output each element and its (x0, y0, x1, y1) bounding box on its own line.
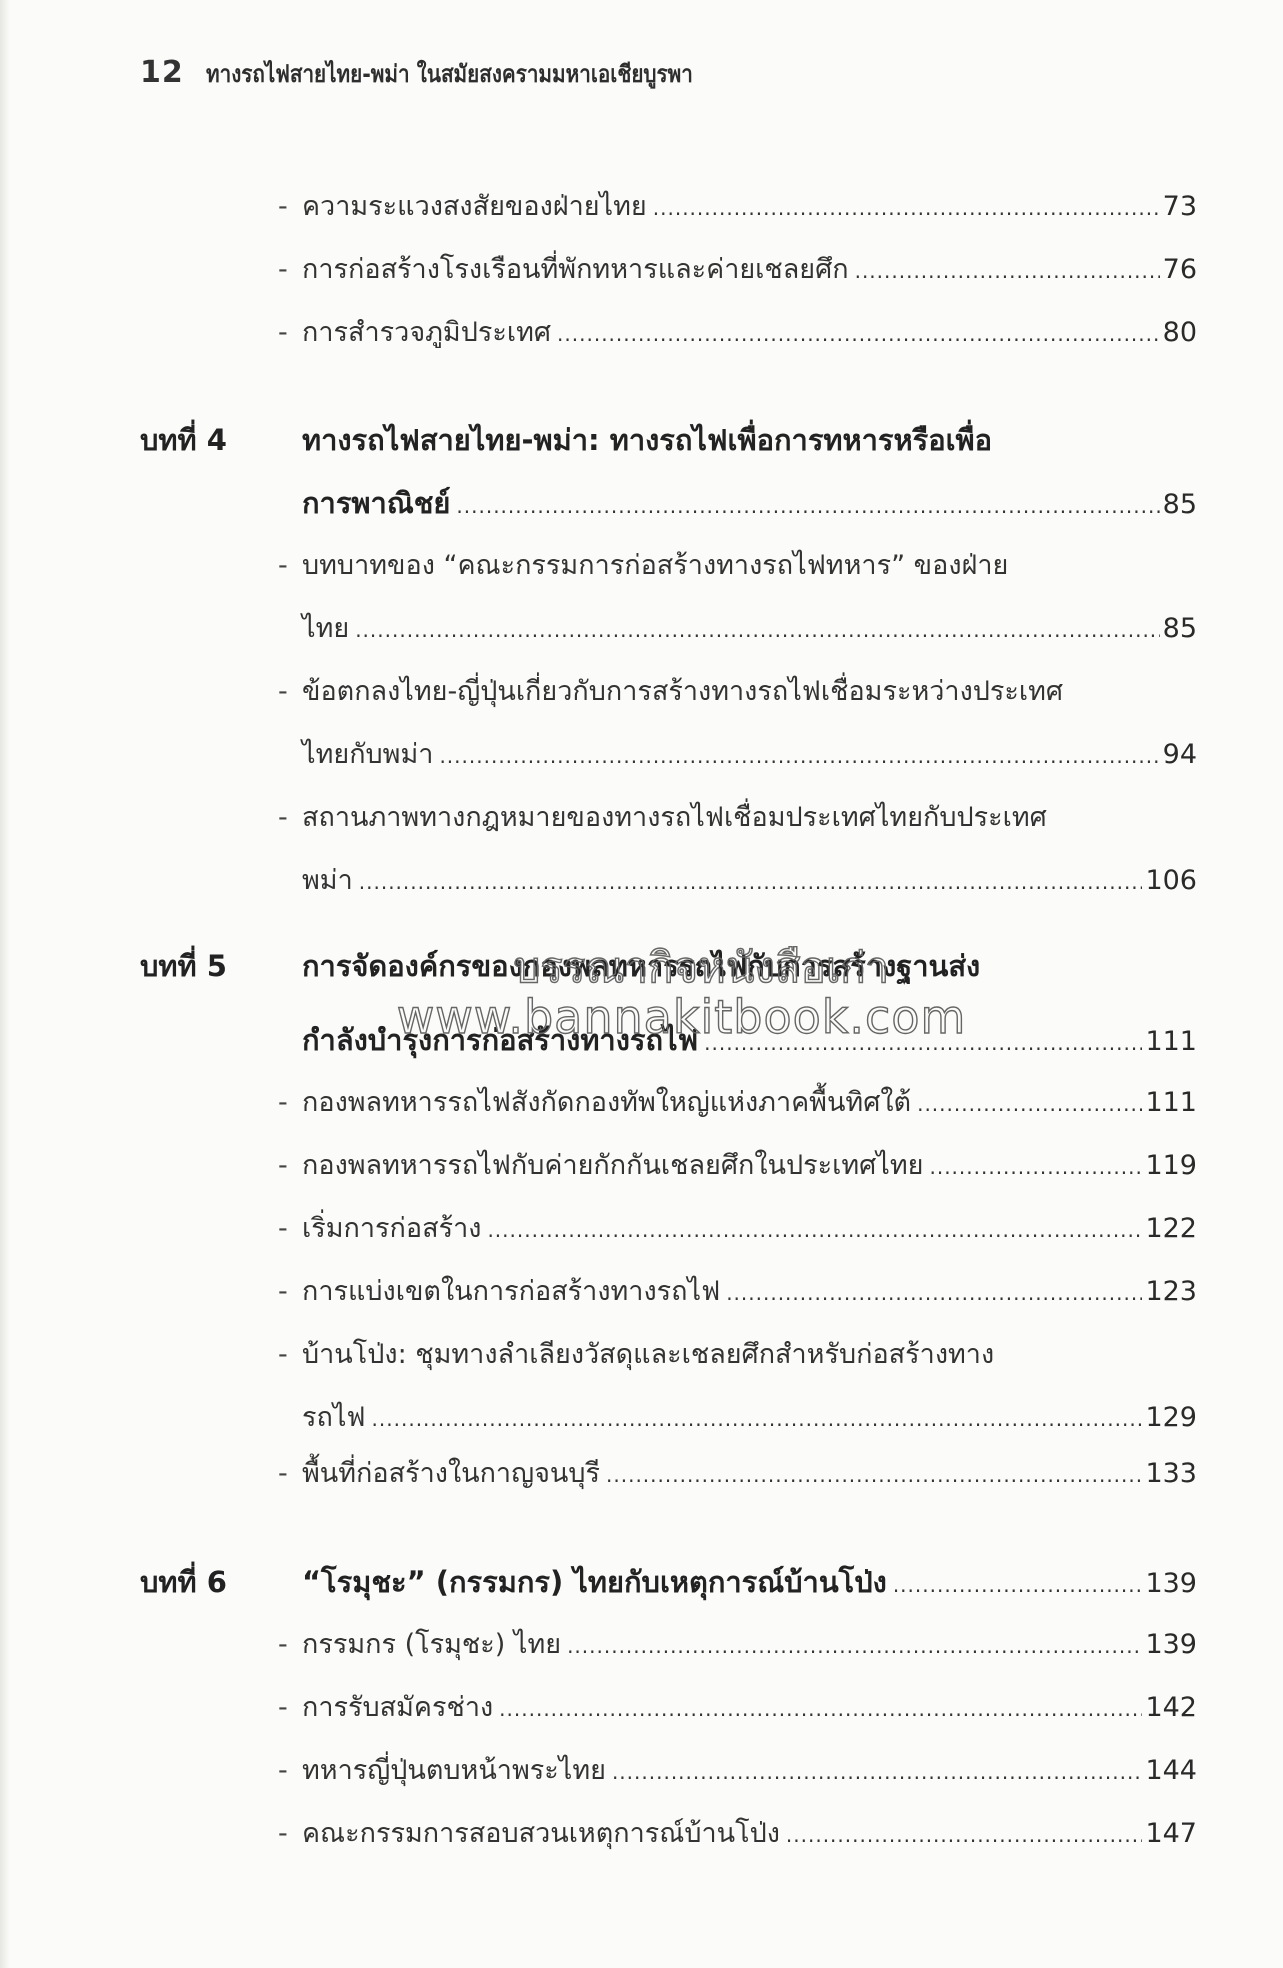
chapter-6-title: “โรมุชะ” (กรรมกร) ไทยกับเหตุการณ์บ้านโป่… (302, 1562, 1197, 1605)
toc-entry: - การแบ่งเขตในการก่อสร้างทางรถไฟ 123 (302, 1272, 1197, 1313)
entry-title: บทบาทของ “คณะกรรมการก่อสร้างทางรถไฟทหาร”… (302, 546, 1008, 586)
entry-title: การสำรวจภูมิประเทศ (302, 313, 551, 353)
toc-entry: - การรับสมัครช่าง 142 (302, 1688, 1197, 1729)
bullet-dash: - (278, 546, 288, 586)
chapter-title: กำลังบำรุงการก่อสร้างทางรถไฟ (302, 1020, 698, 1060)
entry-page-number: 119 (1145, 1146, 1197, 1186)
entry-title: รถไฟ (302, 1398, 366, 1438)
entry-page-number: 133 (1145, 1454, 1197, 1494)
entry-page-number: 144 (1145, 1751, 1197, 1791)
toc-entry: - กรรมกร (โรมุชะ) ไทย 139 (302, 1625, 1197, 1666)
entry-page-number: 111 (1145, 1083, 1197, 1123)
toc-entry: - คณะกรรมการสอบสวนเหตุการณ์บ้านโป่ง 147 (302, 1814, 1197, 1855)
bullet-dash: - (278, 672, 288, 712)
entry-title: กองพลทหารรถไฟกับค่ายกักกันเชลยศึกในประเท… (302, 1146, 923, 1186)
chapter-page-number: 85 (1163, 485, 1197, 525)
dot-leader (499, 1689, 1142, 1729)
entry-page-number: 85 (1163, 609, 1197, 649)
toc-entry: - พื้นที่ก่อสร้างในกาญจนบุรี 133 (302, 1454, 1197, 1495)
dot-leader (917, 1084, 1142, 1124)
entry-title: ข้อตกลงไทย-ญี่ปุ่นเกี่ยวกับการสร้างทางรถ… (302, 672, 1063, 712)
entry-title: พม่า (302, 861, 353, 901)
chapter-5-label: บทที่ 5 (140, 946, 227, 986)
entry-page-number: 73 (1163, 187, 1197, 227)
entry-page-number: 106 (1145, 861, 1197, 901)
dot-leader (355, 610, 1159, 650)
bullet-dash: - (278, 250, 288, 290)
chapter-title: “โรมุชะ” (กรรมกร) ไทยกับเหตุการณ์บ้านโป่… (302, 1562, 887, 1602)
chapter-title: การพาณิชย์ (302, 483, 450, 523)
chapter-4-title-line2: การพาณิชย์ 85 (302, 483, 1197, 526)
entry-title: ความระแวงสงสัยของฝ่ายไทย (302, 187, 647, 227)
entry-title: การรับสมัครช่าง (302, 1688, 493, 1728)
toc-entry: - กองพลทหารรถไฟสังกัดกองทัพใหญ่แห่งภาคพื… (302, 1083, 1197, 1124)
toc-entry-continued: ไทยกับพม่า 94 (302, 735, 1197, 776)
toc-entry-continued: ไทย 85 (302, 609, 1197, 650)
toc-entry: - สถานภาพทางกฎหมายของทางรถไฟเชื่อมประเทศ… (302, 798, 1197, 838)
chapter-5-title-line1: การจัดองค์กรของกองพลทหารรถไฟกับการสร้างฐ… (302, 946, 1197, 986)
entry-title: กองพลทหารรถไฟสังกัดกองทัพใหญ่แห่งภาคพื้น… (302, 1083, 911, 1123)
entry-page-number: 142 (1145, 1688, 1197, 1728)
entry-page-number: 123 (1145, 1272, 1197, 1312)
bullet-dash: - (278, 1751, 288, 1791)
bullet-dash: - (278, 1083, 288, 1123)
dot-leader (606, 1455, 1142, 1495)
entry-title: บ้านโป่ง: ชุมทางลำเลียงวัสดุและเชลยศึกสำ… (302, 1335, 994, 1375)
entry-title: เริ่มการก่อสร้าง (302, 1209, 481, 1249)
bullet-dash: - (278, 1146, 288, 1186)
entry-page-number: 80 (1163, 313, 1197, 353)
chapter-5-title-line2: กำลังบำรุงการก่อสร้างทางรถไฟ 111 (302, 1020, 1197, 1063)
page-number: 12 (140, 55, 184, 90)
toc-entry: - บทบาทของ “คณะกรรมการก่อสร้างทางรถไฟทหา… (302, 546, 1197, 586)
dot-leader (456, 486, 1159, 526)
bullet-dash: - (278, 1625, 288, 1665)
chapter-page-number: 139 (1145, 1564, 1197, 1604)
dot-leader (557, 314, 1160, 354)
bullet-dash: - (278, 1454, 288, 1494)
bullet-dash: - (278, 1335, 288, 1375)
bullet-dash: - (278, 1814, 288, 1854)
toc-entry: - บ้านโป่ง: ชุมทางลำเลียงวัสดุและเชลยศึก… (302, 1335, 1197, 1375)
bullet-dash: - (278, 313, 288, 353)
entry-title: การแบ่งเขตในการก่อสร้างทางรถไฟ (302, 1272, 720, 1312)
entry-page-number: 94 (1163, 735, 1197, 775)
chapter-title: การจัดองค์กรของกองพลทหารรถไฟกับการสร้างฐ… (302, 946, 980, 986)
dot-leader (786, 1815, 1143, 1855)
entry-title: ไทยกับพม่า (302, 735, 433, 775)
chapter-4-label: บทที่ 4 (140, 420, 227, 460)
toc-entry: - ความระแวงสงสัยของฝ่ายไทย 73 (302, 187, 1197, 228)
entry-title: ไทย (302, 609, 349, 649)
bullet-dash: - (278, 1209, 288, 1249)
entry-title: สถานภาพทางกฎหมายของทางรถไฟเชื่อมประเทศไท… (302, 798, 1047, 838)
toc-entry: - การก่อสร้างโรงเรือนที่พักทหารและค่ายเช… (302, 250, 1197, 291)
chapter-page-number: 111 (1145, 1022, 1197, 1062)
chapter-4-title-line1: ทางรถไฟสายไทย-พม่า: ทางรถไฟเพื่อการทหารห… (302, 420, 1197, 460)
entry-page-number: 122 (1145, 1209, 1197, 1249)
book-title: ทางรถไฟสายไทย-พม่า ในสมัยสงครามมหาเอเชีย… (206, 54, 693, 93)
bullet-dash: - (278, 187, 288, 227)
toc-entry-continued: พม่า 106 (302, 861, 1197, 902)
entry-page-number: 139 (1145, 1625, 1197, 1665)
dot-leader (359, 862, 1143, 902)
dot-leader (567, 1626, 1142, 1666)
entry-page-number: 147 (1145, 1814, 1197, 1854)
running-header: 12 ทางรถไฟสายไทย-พม่า ในสมัยสงครามมหาเอเ… (140, 54, 772, 93)
entry-page-number: 129 (1145, 1398, 1197, 1438)
toc-entry: - ทหารญี่ปุ่นตบหน้าพระไทย 144 (302, 1751, 1197, 1792)
entry-title: ทหารญี่ปุ่นตบหน้าพระไทย (302, 1751, 606, 1791)
dot-leader (487, 1210, 1142, 1250)
entry-page-number: 76 (1163, 250, 1197, 290)
toc-entry: - กองพลทหารรถไฟกับค่ายกักกันเชลยศึกในประ… (302, 1146, 1197, 1187)
page-gutter-shadow (0, 0, 10, 1968)
dot-leader (704, 1023, 1142, 1063)
entry-title: พื้นที่ก่อสร้างในกาญจนบุรี (302, 1454, 600, 1494)
bullet-dash: - (278, 1272, 288, 1312)
toc-entry: - เริ่มการก่อสร้าง 122 (302, 1209, 1197, 1250)
chapter-title: ทางรถไฟสายไทย-พม่า: ทางรถไฟเพื่อการทหารห… (302, 420, 992, 460)
entry-title: คณะกรรมการสอบสวนเหตุการณ์บ้านโป่ง (302, 1814, 780, 1854)
dot-leader (372, 1399, 1143, 1439)
dot-leader (855, 251, 1160, 291)
bullet-dash: - (278, 798, 288, 838)
bullet-dash: - (278, 1688, 288, 1728)
dot-leader (439, 736, 1159, 776)
entry-title: กรรมกร (โรมุชะ) ไทย (302, 1625, 561, 1665)
toc-entry: - การสำรวจภูมิประเทศ 80 (302, 313, 1197, 354)
dot-leader (653, 188, 1160, 228)
dot-leader (726, 1273, 1142, 1313)
toc-entry-continued: รถไฟ 129 (302, 1398, 1197, 1439)
toc-entry: - ข้อตกลงไทย-ญี่ปุ่นเกี่ยวกับการสร้างทาง… (302, 672, 1197, 712)
dot-leader (612, 1752, 1143, 1792)
entry-title: การก่อสร้างโรงเรือนที่พักทหารและค่ายเชลย… (302, 250, 849, 290)
chapter-6-label: บทที่ 6 (140, 1562, 227, 1602)
dot-leader (929, 1147, 1142, 1187)
dot-leader (893, 1565, 1143, 1605)
